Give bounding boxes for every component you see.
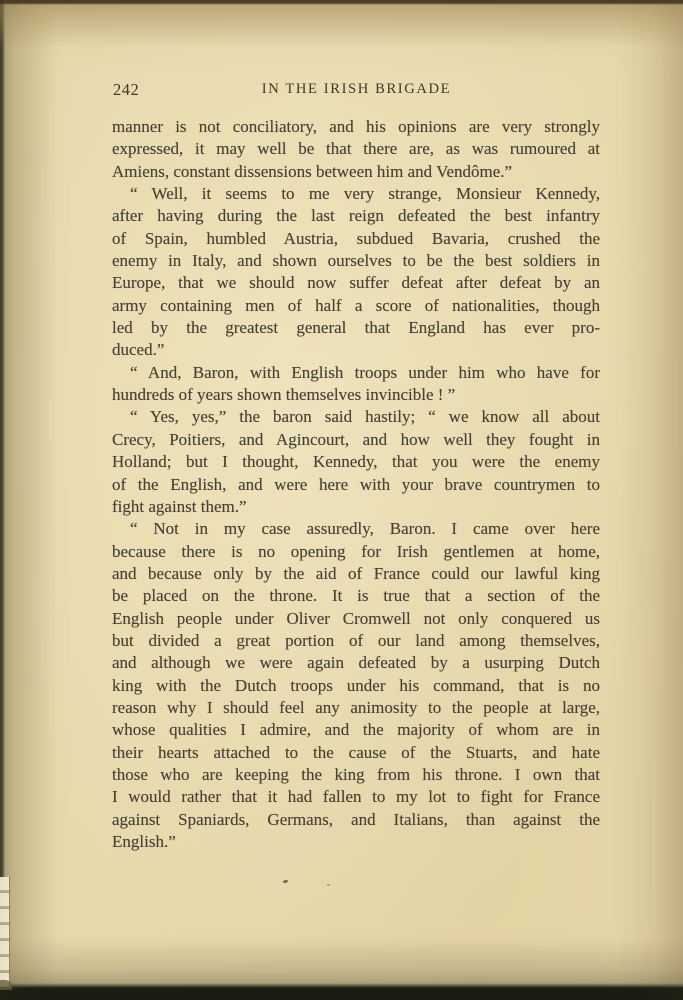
running-title: IN THE IRISH BRIGADE [113,81,600,98]
text-line: English.” [112,831,600,853]
text-line: Amiens, constant dissensions between him… [112,161,600,183]
text-line: Europe, that we should now suffer defeat… [112,272,600,294]
paper-blemish [283,879,289,884]
paper-blemish [327,884,330,886]
text-line: and because only by the aid of France co… [112,563,600,585]
text-line: enemy in Italy, and shown ourselves to b… [112,250,600,272]
text-line: but divided a great portion of our land … [112,630,600,652]
text-line: expressed, it may well be that there are… [112,138,600,160]
text-line: Holland; but I thought, Kennedy, that yo… [112,451,600,473]
text-line: army containing men of half a score of n… [112,295,600,317]
text-line: and although we were again defeated by a… [112,652,600,674]
book-page-edges [0,877,10,987]
text-line: “ And, Baron, with English troops under … [112,362,600,384]
text-line: of the English, and were here with your … [112,474,600,496]
text-line: “ Not in my case assuredly, Baron. I cam… [112,518,600,540]
text-line: those who are keeping the king from his … [112,764,600,786]
paragraph: “ Not in my case assuredly, Baron. I cam… [112,518,600,853]
text-line: manner is not conciliatory, and his opin… [112,116,600,138]
text-line: Crecy, Poitiers, and Agincourt, and how … [112,429,600,451]
text-line: reason why I should feel any animosity t… [112,697,600,719]
text-line: of Spain, humbled Austria, subdued Bavar… [112,228,600,250]
text-line: against Spaniards, Germans, and Italians… [112,809,600,831]
text-line: led by the greatest general that England… [112,317,600,339]
text-line: king with the Dutch troops under his com… [112,675,600,697]
text-line: whose qualities I admire, and the majori… [112,719,600,741]
text-line: “ Yes, yes,” the baron said hastily; “ w… [112,406,600,428]
paragraph: “ And, Baron, with English troops under … [112,362,600,407]
text-block: manner is not conciliatory, and his opin… [112,116,600,853]
paragraph: “ Well, it seems to me very strange, Mon… [112,183,600,362]
text-line: “ Well, it seems to me very strange, Mon… [112,183,600,205]
text-line: duced.” [112,339,600,361]
page-header: 242 IN THE IRISH BRIGADE [113,80,600,100]
paragraph: “ Yes, yes,” the baron said hastily; “ w… [112,406,600,518]
text-line: their hearts attached to the cause of th… [112,742,600,764]
text-line: hundreds of years shown themselves invin… [112,384,600,406]
text-line: be placed on the throne. It is true that… [112,585,600,607]
page-corner-curl [0,980,12,990]
paragraph: manner is not conciliatory, and his opin… [112,116,600,183]
text-line: because there is no opening for Irish ge… [112,541,600,563]
book-page-scan: 242 IN THE IRISH BRIGADE manner is not c… [0,0,683,1000]
text-line: I would rather that it had fallen to my … [112,786,600,808]
text-line: after having during the last reign defea… [112,205,600,227]
text-line: fight against them.” [112,496,600,518]
text-line: English people under Oliver Cromwell not… [112,608,600,630]
